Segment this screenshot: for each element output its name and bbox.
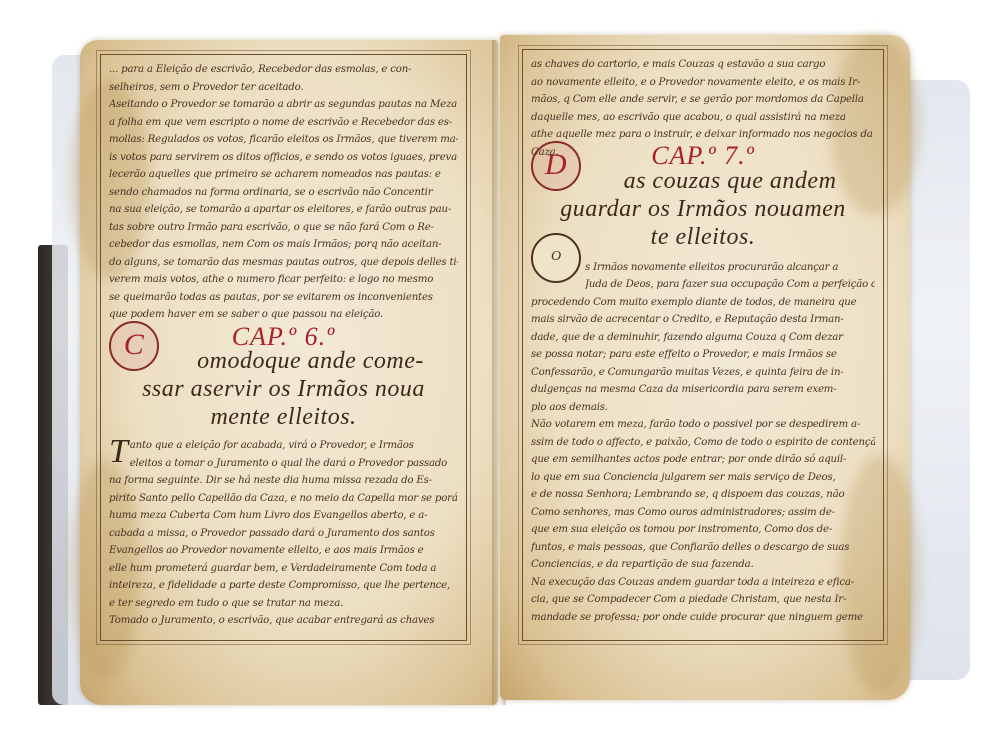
text-line: sendo chamados na forma ordinaria, se o … xyxy=(109,184,458,202)
text-line: funtos, e mais pessoas, que Confiarão de… xyxy=(531,539,875,557)
text-line: do alguns, se tomarão das mesmas pautas … xyxy=(109,254,458,272)
text-line: Na execução das Couzas andem guardar tod… xyxy=(531,574,875,592)
chapter-title-line: omodoque ande come- xyxy=(109,347,458,375)
text-line: dulgenças na mesma Caza da misericordia … xyxy=(531,381,875,399)
text-line: ... para a Eleição de escrivão, Recebedo… xyxy=(109,61,458,79)
text-line: ao novamente elleito, e o Provedor novam… xyxy=(531,74,875,92)
text-line: a folha em que vem escripto o nome de es… xyxy=(109,114,458,132)
page-border-frame: ... para a Eleição de escrivão, Recebedo… xyxy=(100,54,467,641)
text-line: Tomado o Juramento, o escrivão, que acab… xyxy=(109,612,458,630)
text-line: elle hum prometerá guardar bem, e Verdad… xyxy=(109,560,458,578)
text-line: na forma seguinte. Dir se há neste dia h… xyxy=(109,472,458,490)
right-page: as chaves do cartorio, e mais Couzas q e… xyxy=(500,35,910,700)
text-line: is votos para servirem os ditos officios… xyxy=(109,149,458,167)
text-line: Juda de Deos, para fazer sua occupação C… xyxy=(585,276,875,294)
chapter-title-line: as couzas que andem xyxy=(531,167,875,195)
text-line: pirito Santo pello Capellão da Caza, e n… xyxy=(109,490,458,508)
chapter-title-line: te elleitos. xyxy=(531,223,875,251)
text-line: mais sirvão de acrecentar o Credito, e R… xyxy=(531,311,875,329)
paragraph: T anto que a eleição for acabada, virá o… xyxy=(109,437,458,630)
drop-cap: T xyxy=(109,437,128,467)
right-page-text: as chaves do cartorio, e mais Couzas q e… xyxy=(531,56,875,626)
text-line: e ter segredo em tudo o que se tratar na… xyxy=(109,595,458,613)
text-line: na sua eleição, se tomarão a apartar os … xyxy=(109,201,458,219)
text-line: selheiros, sem o Provedor ter aceitado. xyxy=(109,79,458,97)
paragraph: O s Irmãos novamente elleitos procurarão… xyxy=(531,259,875,627)
text-line: s Irmãos novamente elleitos procurarão a… xyxy=(585,259,875,277)
text-line: mãos, q Com elle ande servir, e se gerão… xyxy=(531,91,875,109)
text-line: se possa notar; para este effeito o Prov… xyxy=(531,346,875,364)
chapter-title: D as couzas que andem guardar os Irmãos … xyxy=(531,167,875,251)
text-line: anto que a eleição for acabada, virá o P… xyxy=(130,437,458,455)
text-line: cia, que se Compadecer Com a piedade Chr… xyxy=(531,591,875,609)
chapter-heading: CAP.º 6.º xyxy=(109,328,458,346)
left-page-text: ... para a Eleição de escrivão, Recebedo… xyxy=(109,61,458,630)
chapter-title-line: mente elleitos. xyxy=(109,403,458,431)
text-line: ssim de todo o affecto, e paixão, Como d… xyxy=(531,434,875,452)
left-page: ... para a Eleição de escrivão, Recebedo… xyxy=(80,40,498,705)
text-line: eleitos a tomar o Juramento o qual lhe d… xyxy=(130,455,458,473)
text-line: que em sua eleição os tomou por instrome… xyxy=(531,521,875,539)
text-line: Confessarão, e Comungarão muitas Vezes, … xyxy=(531,364,875,382)
text-line: mollas: Regulados os votos, ficarão elei… xyxy=(109,131,458,149)
text-line: as chaves do cartorio, e mais Couzas q e… xyxy=(531,56,875,74)
text-line: cebedor das esmollas, nem Com os mais Ir… xyxy=(109,236,458,254)
text-line: tas sobre outro Irmão para escrivão, o q… xyxy=(109,219,458,237)
text-line: dade, que de a deminuhir, fazendo alguma… xyxy=(531,329,875,347)
text-line: e de nossa Senhora; Lembrando se, q disp… xyxy=(531,486,875,504)
text-line: cabada a missa, o Provedor passado dará … xyxy=(109,525,458,543)
chapter-heading: CAP.º 7.º xyxy=(531,147,875,165)
text-line: que em semilhantes actos pode entrar; po… xyxy=(531,451,875,469)
text-line: se queimarão todas as pautas, por se evi… xyxy=(109,289,458,307)
chapter-title-line: ssar aservir os Irmãos noua xyxy=(109,375,458,403)
text-line: daquelle mes, ao escrivão que acabou, o … xyxy=(531,109,875,127)
text-line: Não votarem em meza, farão todo o possiv… xyxy=(531,416,875,434)
chapter-title: C omodoque ande come- ssar aservir os Ir… xyxy=(109,347,458,431)
text-line: mandade se professa; por onde cuide proc… xyxy=(531,609,875,627)
text-line: lecerão aquelles que primeiro se acharem… xyxy=(109,166,458,184)
text-line: verem mais votos, athe o numero ficar pe… xyxy=(109,271,458,289)
text-line: Como senhores, mas Como ouros administra… xyxy=(531,504,875,522)
text-line: Aseitando o Provedor se tomarão a abrir … xyxy=(109,96,458,114)
illuminated-initial-icon: C xyxy=(109,321,159,371)
text-line: Conciencias, e da repartição de sua faze… xyxy=(531,556,875,574)
text-line: que podem haver em se saber o que passou… xyxy=(109,306,458,324)
page-border-frame: as chaves do cartorio, e mais Couzas q e… xyxy=(522,49,884,641)
text-line: huma meza Cuberta Com hum Livro dos Evan… xyxy=(109,507,458,525)
text-line: inteireza, e fidelidade a parte deste Co… xyxy=(109,577,458,595)
chapter-title-line: guardar os Irmãos nouamen xyxy=(531,195,875,223)
text-line: plo aos demais. xyxy=(531,399,875,417)
text-line: lo que em sua Conciencia julgarem ser ma… xyxy=(531,469,875,487)
text-line: procedendo Com muito exemplo diante de t… xyxy=(531,294,875,312)
text-line: Evangellos ao Provedor novamente elleito… xyxy=(109,542,458,560)
face-initial-icon: O xyxy=(531,233,581,283)
